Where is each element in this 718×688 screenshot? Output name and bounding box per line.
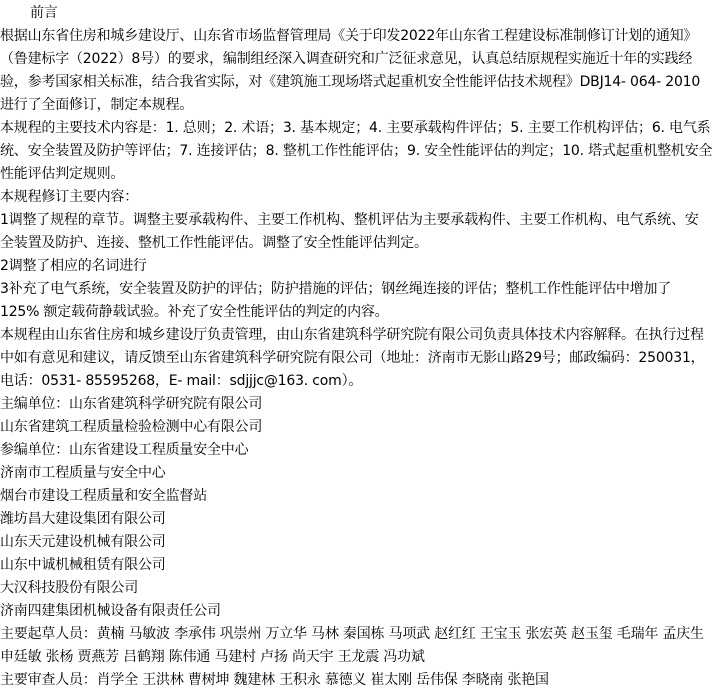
text-line: 本规程由山东省住房和城乡建设厅负责管理，由山东省建筑科学研究院有限公司负责具体技… (0, 324, 718, 347)
document-body: 前言 根据山东省住房和城乡建设厅、山东省市场监督管理局《关于印发2022年山东省… (0, 0, 718, 688)
text-line: 主要审查人员：肖学全 王洪林 曹树坤 魏建林 王积永 慕德义 崔太刚 岳伟保 李… (0, 669, 718, 688)
revision-item-2: 2调整了相应的名词进行 (0, 255, 718, 278)
text-line: 根据山东省住房和城乡建设厅、山东省市场监督管理局《关于印发2022年山东省工程建… (0, 25, 718, 48)
chief-editor-units: 主编单位：山东省建筑科学研究院有限公司 山东省建筑工程质量检验检测中心有限公司 (0, 393, 718, 439)
reviewers: 主要审查人员：肖学全 王洪林 曹树坤 魏建林 王积永 慕德义 崔太刚 岳伟保 李… (0, 669, 718, 688)
text-line: 济南市工程质量与安全中心 (0, 462, 718, 485)
text-line: 验，参考国家相关标准，结合我省实际，对《建筑施工现场塔式起重机安全性能评估技术规… (0, 71, 718, 94)
text-line: 125% 额定载荷静载试验。补充了安全性能评估的判定的内容。 (0, 301, 718, 324)
revision-heading: 本规程修订主要内容： (0, 186, 718, 209)
text-line: 本规程修订主要内容： (0, 186, 718, 209)
text-line: 申廷敏 张杨 贾燕芳 吕鹤翔 陈伟通 马建村 卢扬 尚天宇 王龙震 冯功斌 (0, 646, 718, 669)
management-paragraph: 本规程由山东省住房和城乡建设厅负责管理，由山东省建筑科学研究院有限公司负责具体技… (0, 324, 718, 393)
text-line: 全装置及防护、连接、整机工作性能评估。调整了安全性能评估判定。 (0, 232, 718, 255)
document-title: 前言 (0, 2, 718, 25)
revision-item-3: 3补充了电气系统，安全装置及防护的评估；防护措施的评估；钢丝绳连接的评估；整机工… (0, 278, 718, 324)
main-content-paragraph: 本规程的主要技术内容是：1. 总则；2. 术语；3. 基本规定；4. 主要承载构… (0, 117, 718, 186)
participating-units: 参编单位：山东省建设工程质量安全中心 济南市工程质量与安全中心 烟台市建设工程质… (0, 439, 718, 623)
text-line: 济南四建集团机械设备有限责任公司 (0, 600, 718, 623)
text-line: 性能评估判定规则。 (0, 163, 718, 186)
text-line: 3补充了电气系统，安全装置及防护的评估；防护措施的评估；钢丝绳连接的评估；整机工… (0, 278, 718, 301)
text-line: 参编单位：山东省建设工程质量安全中心 (0, 439, 718, 462)
text-line: 潍坊昌大建设集团有限公司 (0, 508, 718, 531)
text-line: 山东天元建设机械有限公司 (0, 531, 718, 554)
text-line: 大汉科技股份有限公司 (0, 577, 718, 600)
text-line: 进行了全面修订，制定本规程。 (0, 94, 718, 117)
text-line: 电话：0531- 85595268，E- mail：sdjjjc@163. co… (0, 370, 718, 393)
text-line: 中如有意见和建议，请反馈至山东省建筑科学研究院有限公司（地址：济南市无影山路29… (0, 347, 718, 370)
text-line: （鲁建标字（2022）8号）的要求，编制组经深入调查研究和广泛征求意见，认真总结… (0, 48, 718, 71)
text-line: 1调整了规程的章节。调整主要承载构件、主要工作机构、整机评估为主要承载构件、主要… (0, 209, 718, 232)
text-line: 山东中诚机械租赁有限公司 (0, 554, 718, 577)
basis-paragraph: 根据山东省住房和城乡建设厅、山东省市场监督管理局《关于印发2022年山东省工程建… (0, 25, 718, 117)
drafters: 主要起草人员：黄楠 马敏波 李承伟 巩崇州 万立华 马林 秦国栋 马项武 赵红红… (0, 623, 718, 669)
text-line: 统、安全装置及防护等评估；7. 连接评估；8. 整机工作性能评估；9. 安全性能… (0, 140, 718, 163)
text-line: 主要起草人员：黄楠 马敏波 李承伟 巩崇州 万立华 马林 秦国栋 马项武 赵红红… (0, 623, 718, 646)
revision-item-1: 1调整了规程的章节。调整主要承载构件、主要工作机构、整机评估为主要承载构件、主要… (0, 209, 718, 255)
text-line: 本规程的主要技术内容是：1. 总则；2. 术语；3. 基本规定；4. 主要承载构… (0, 117, 718, 140)
text-line: 2调整了相应的名词进行 (0, 255, 718, 278)
text-line: 烟台市建设工程质量和安全监督站 (0, 485, 718, 508)
text-line: 主编单位：山东省建筑科学研究院有限公司 (0, 393, 718, 416)
text-line: 山东省建筑工程质量检验检测中心有限公司 (0, 416, 718, 439)
